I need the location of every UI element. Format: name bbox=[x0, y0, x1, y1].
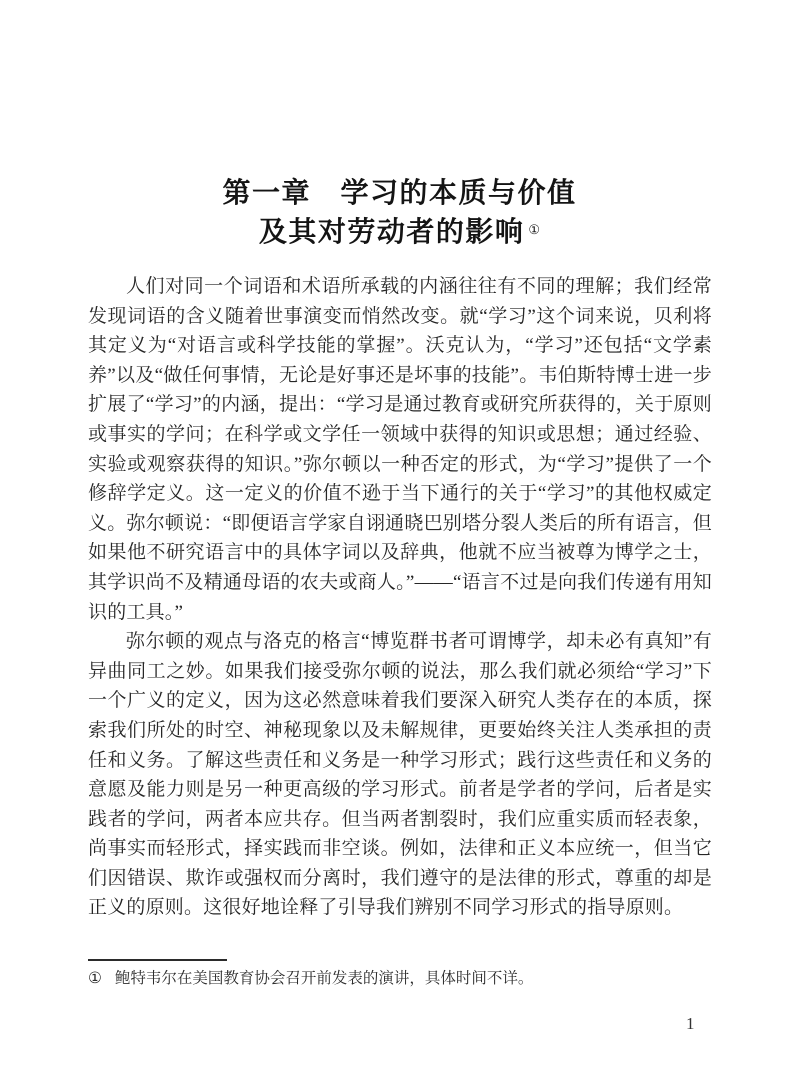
page-number: 1 bbox=[686, 1014, 695, 1034]
footnote-marker: ① bbox=[88, 970, 102, 987]
footnote-reference-marker: ① bbox=[528, 222, 540, 237]
chapter-title-line1: 第一章 学习的本质与价值 bbox=[0, 176, 799, 212]
footnote-text: 鲍特韦尔在美国教育协会召开前发表的演讲，具体时间不详。 bbox=[115, 970, 534, 987]
footnote: ①鲍特韦尔在美国教育协会召开前发表的演讲，具体时间不详。 bbox=[88, 967, 712, 990]
chapter-title-line2-text: 及其对劳动者的影响 bbox=[259, 217, 525, 248]
chapter-title-line2: 及其对劳动者的影响① bbox=[0, 212, 799, 251]
body-text: 人们对同一个词语和术语所承载的内涵往往有不同的理解；我们经常发现词语的含义随着世… bbox=[88, 272, 712, 923]
chapter-title: 第一章 学习的本质与价值 及其对劳动者的影响① bbox=[0, 176, 799, 251]
paragraph-2: 弥尔顿的观点与洛克的格言“博览群书者可谓博学，却未必有真知”有异曲同工之妙。如果… bbox=[88, 627, 712, 923]
paragraph-1: 人们对同一个词语和术语所承载的内涵往往有不同的理解；我们经常发现词语的含义随着世… bbox=[88, 272, 712, 627]
book-page: 第一章 学习的本质与价值 及其对劳动者的影响① 人们对同一个词语和术语所承载的内… bbox=[0, 0, 799, 1082]
footnote-divider bbox=[88, 959, 227, 961]
